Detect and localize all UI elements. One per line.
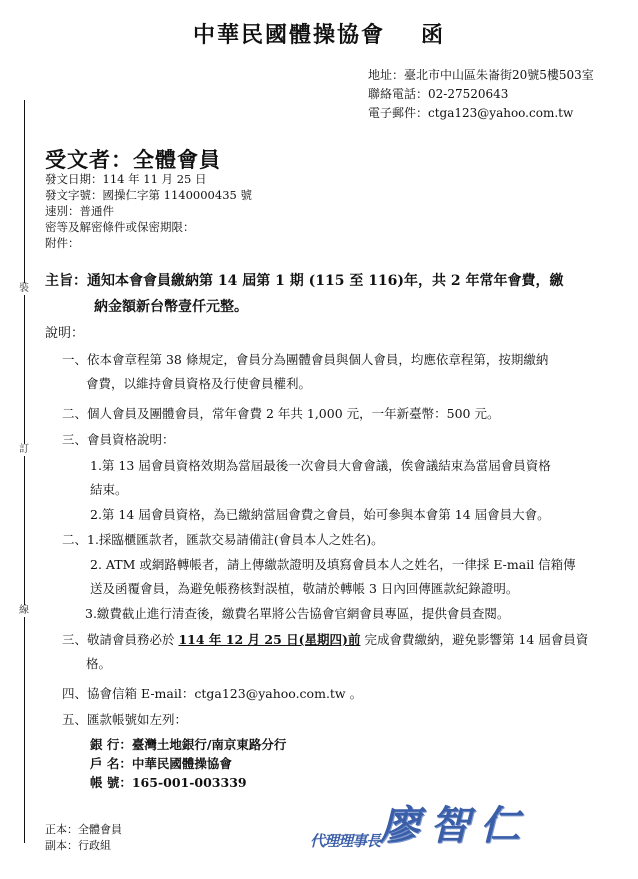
subject: 主旨：通知本會會員繳納第 14 屆第 1 期 (115 至 116)年，共 2 … bbox=[45, 268, 564, 320]
organization-name: 中華民國體操協會 bbox=[193, 22, 385, 48]
item-3-sub-1-line-1: 1.第 13 屆會員資格效期為當屆最後一次會員大會會議，俟會議結束為當屆會員資格 bbox=[90, 454, 551, 478]
explanation-item-3-heading: 三、會員資格說明： bbox=[62, 428, 175, 452]
payment-deadline: 114 年 12 月 25 日(星期四)前 bbox=[178, 632, 360, 647]
binding-mark-ding: 訂 bbox=[18, 444, 30, 456]
signature-name: 廖智仁 bbox=[380, 802, 530, 849]
subject-line-2: 納金額新台幣壹仟元整。 bbox=[45, 294, 564, 320]
explanation-item-6: 四、協會信箱 E-mail：ctga123@yahoo.com.tw 。 bbox=[62, 682, 362, 706]
copy-recipient: 副本：行政組 bbox=[45, 838, 111, 854]
signature-stamp: 代理理事長廖智仁 bbox=[310, 794, 530, 851]
item-5-suffix: 完成會費繳納，避免影響第 14 屆會員資 bbox=[360, 632, 588, 647]
item-1-line-2: 會費，以維持會員資格及行使會員權利。 bbox=[62, 372, 548, 396]
subject-label: 主旨： bbox=[45, 273, 87, 289]
recipient: 受文者：全體會員 bbox=[45, 144, 221, 174]
original-recipient: 正本：全體會員 bbox=[45, 822, 122, 838]
explanation-item-2: 二、個人會員及團體會員，常年會費 2 年共 1,000 元，一年新臺幣：500 … bbox=[62, 402, 499, 426]
signature-title: 代理理事長 bbox=[310, 832, 380, 850]
contact-email: 電子郵件：ctga123@yahoo.com.tw bbox=[368, 104, 573, 123]
subject-line-1: 通知本會會員繳納第 14 屆第 1 期 (115 至 116)年，共 2 年常年… bbox=[87, 273, 564, 289]
item-3-sub-1-line-2: 結束。 bbox=[90, 478, 128, 502]
explanation-item-1: 一、依本會章程第 38 條規定，會員分為團體會員與個人會員，均應依章程第，按期繳… bbox=[62, 348, 548, 396]
attachment: 附件： bbox=[45, 236, 80, 251]
account-number: 帳 號：165-001-003339 bbox=[90, 773, 247, 793]
item-4-sub-2-line-2: 送及函覆會員，為避免帳務核對誤植，敬請於轉帳 3 日內回傳匯款紀錄證明。 bbox=[90, 577, 518, 601]
issue-date: 發文日期：114 年 11 月 25 日 bbox=[45, 172, 207, 187]
binding-mark-xian: 線 bbox=[18, 605, 30, 617]
item-1-line-1: 一、依本會章程第 38 條規定，會員分為團體會員與個人會員，均應依章程第，按期繳… bbox=[62, 352, 548, 367]
contact-phone: 聯絡電話：02-27520643 bbox=[368, 85, 508, 104]
document-type: 函 bbox=[421, 22, 445, 48]
contact-address: 地址：臺北市中山區朱崙街20號5樓503室 bbox=[368, 66, 594, 85]
account-name: 戶 名：中華民國體操協會 bbox=[90, 754, 232, 774]
explanation-item-7: 五、匯款帳號如左列： bbox=[62, 708, 187, 732]
bank-name: 銀 行：臺灣土地銀行/南京東路分行 bbox=[90, 735, 286, 755]
document-number: 發文字號：國操仁字第 1140000435 號 bbox=[45, 188, 252, 203]
explanation-item-5: 三、敬請會員務必於 114 年 12 月 25 日(星期四)前 完成會費繳納，避… bbox=[62, 628, 588, 676]
binding-mark-zhuang: 裝 bbox=[18, 283, 30, 295]
explanation-label: 說明： bbox=[45, 322, 84, 341]
delivery-speed: 速別：普通件 bbox=[45, 204, 114, 219]
item-4-sub-1: 二、1.採臨櫃匯款者，匯款交易請備註(會員本人之姓名)。 bbox=[62, 528, 384, 552]
binding-line bbox=[24, 100, 25, 843]
classification: 密等及解密條件或保密期限： bbox=[45, 220, 195, 235]
item-3-sub-2: 2.第 14 屆會員資格，為已繳納當屆會費之會員，始可參與本會第 14 屆會員大… bbox=[90, 503, 550, 527]
document-title: 中華民國體操協會函 bbox=[0, 18, 638, 49]
item-4-sub-2-line-1: 2. ATM 或網路轉帳者，請上傳繳款證明及填寫會員本人之姓名，一律採 E-ma… bbox=[90, 553, 576, 577]
item-5-prefix: 三、敬請會員務必於 bbox=[62, 632, 178, 647]
item-4-sub-3: 3.繳費截止進行清查後，繳費名單將公告協會官網會員專區，提供會員查閱。 bbox=[85, 602, 509, 626]
item-5-line-2: 格。 bbox=[62, 652, 588, 676]
